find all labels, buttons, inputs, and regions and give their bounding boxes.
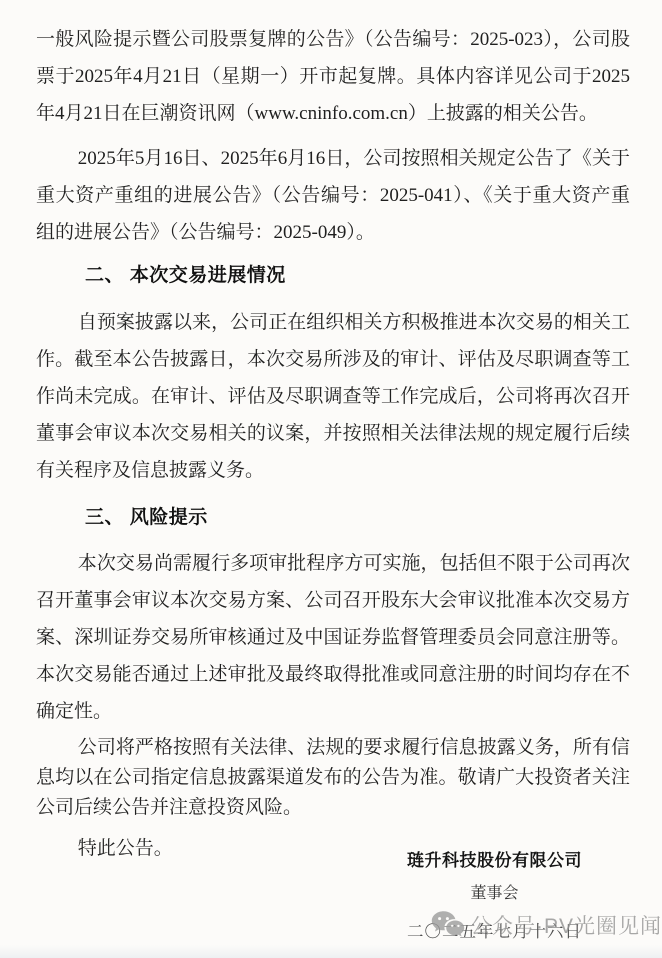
paragraph-transaction-progress: 自预案披露以来，公司正在组织相关方积极推进本次交易的相关工作。截至本公告披露日，… — [36, 304, 630, 489]
paragraph-progress-announcements: 2025年5月16日、2025年6月16日，公司按照相关规定公告了《关于重大资产… — [36, 140, 630, 251]
section-heading-risk-notice: 三、 风险提示 — [36, 499, 630, 536]
bottom-edge-shadow — [0, 945, 662, 958]
document-content: 一般风险提示暨公司股票复牌的公告》（公告编号：2025-023），公司股票于20… — [36, 21, 630, 864]
paragraph-risk-approval: 本次交易尚需履行多项审批程序方可实施，包括但不限于公司再次召开董事会审议本次交易… — [36, 545, 630, 730]
signature-company-name: 琏升科技股份有限公司 — [407, 848, 582, 874]
signature-block: 琏升科技股份有限公司 董事会 二〇二五年七月十六日 — [407, 848, 582, 944]
paragraph-disclosure: 公司将严格按照有关法律、法规的要求履行信息披露义务，所有信息均以在公司指定信息披… — [36, 733, 630, 823]
announcement-page: 一般风险提示暨公司股票复牌的公告》（公告编号：2025-023），公司股票于20… — [0, 0, 662, 958]
section-heading-transaction-progress: 二、 本次交易进展情况 — [36, 257, 630, 294]
signature-signer: 董事会 — [407, 883, 582, 905]
paragraph-resume-trading: 一般风险提示暨公司股票复牌的公告》（公告编号：2025-023），公司股票于20… — [36, 21, 630, 132]
signature-date: 二〇二五年七月十六日 — [407, 920, 582, 944]
